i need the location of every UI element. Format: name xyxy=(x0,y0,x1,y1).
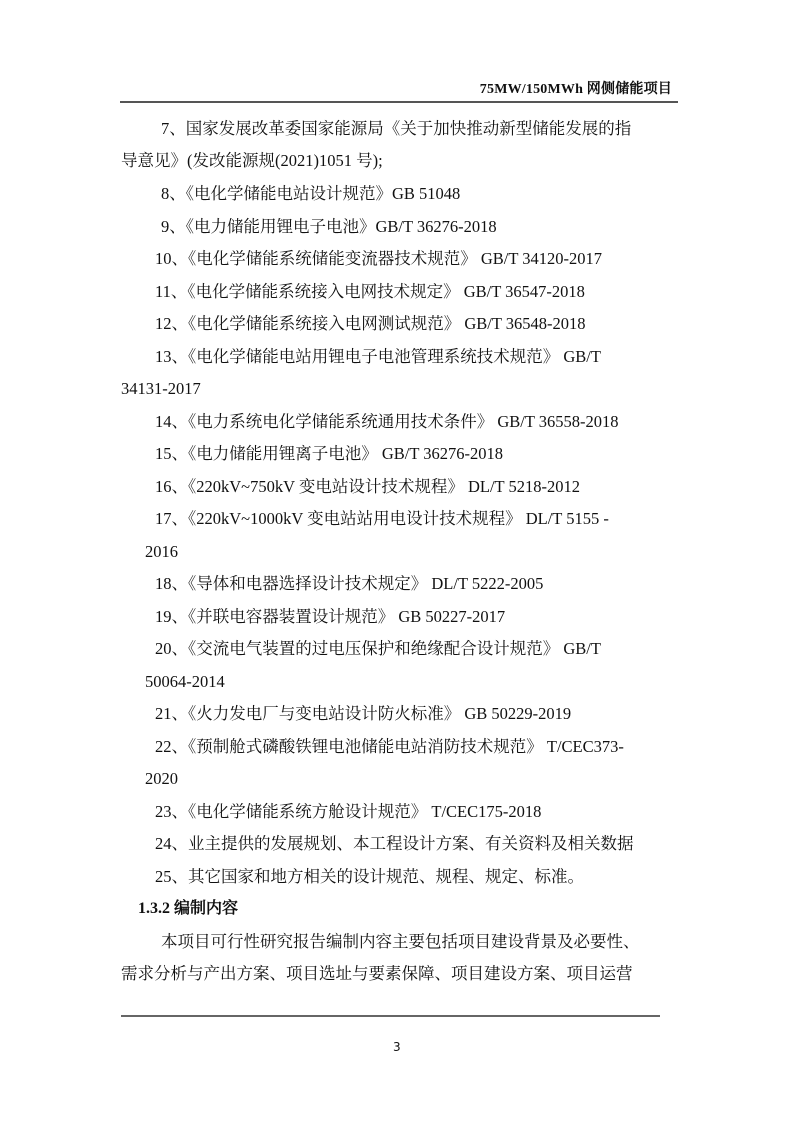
footer-divider xyxy=(121,1015,660,1017)
paragraph-line-1: 本项目可行性研究报告编制内容主要包括项目建设背景及必要性、 xyxy=(161,926,640,958)
reference-line: 11、《电化学储能系统接入电网技术规定》 GB/T 36547-2018 xyxy=(155,276,585,308)
reference-line: 2016 xyxy=(145,536,178,568)
reference-line: 50064-2014 xyxy=(145,666,225,698)
page-number: 3 xyxy=(393,1040,401,1054)
reference-line: 13、《电化学储能电站用锂电子电池管理系统技术规范》 GB/T xyxy=(155,341,601,373)
running-header-title: 75MW/150MWh 网侧储能项目 xyxy=(480,78,672,98)
reference-line: 18、《导体和电器选择设计技术规定》 DL/T 5222-2005 xyxy=(155,568,543,600)
reference-line: 20、《交流电气装置的过电压保护和绝缘配合设计规范》 GB/T xyxy=(155,633,601,665)
reference-line: 12、《电化学储能系统接入电网测试规范》 GB/T 36548-2018 xyxy=(155,308,586,340)
reference-line: 9、《电力储能用锂电子电池》GB/T 36276-2018 xyxy=(161,211,497,243)
paragraph-line-2: 需求分析与产出方案、项目选址与要素保障、项目建设方案、项目运营 xyxy=(121,958,633,990)
reference-line: 16、《220kV~750kV 变电站设计技术规程》 DL/T 5218-201… xyxy=(155,471,580,503)
section-heading: 1.3.2 编制内容 xyxy=(138,893,238,925)
reference-line: 25、其它国家和地方相关的设计规范、规程、规定、标准。 xyxy=(155,861,584,893)
reference-line: 34131-2017 xyxy=(121,373,201,405)
reference-line: 23、《电化学储能系统方舱设计规范》 T/CEC175-2018 xyxy=(155,796,541,828)
header-divider xyxy=(120,101,678,103)
reference-line: 21、《火力发电厂与变电站设计防火标准》 GB 50229-2019 xyxy=(155,698,571,730)
reference-line: 24、业主提供的发展规划、本工程设计方案、有关资料及相关数据 xyxy=(155,828,634,860)
reference-line: 7、国家发展改革委国家能源局《关于加快推动新型储能发展的指 xyxy=(161,113,631,145)
reference-line: 17、《220kV~1000kV 变电站站用电设计技术规程》 DL/T 5155… xyxy=(155,503,609,535)
reference-line: 15、《电力储能用锂离子电池》 GB/T 36276-2018 xyxy=(155,438,503,470)
reference-line: 2020 xyxy=(145,763,178,795)
reference-line: 19、《并联电容器装置设计规范》 GB 50227-2017 xyxy=(155,601,505,633)
reference-line: 10、《电化学储能系统储能变流器技术规范》 GB/T 34120-2017 xyxy=(155,243,602,275)
reference-line: 8、《电化学储能电站设计规范》GB 51048 xyxy=(161,178,460,210)
reference-line: 22、《预制舱式磷酸铁锂电池储能电站消防技术规范》 T/CEC373- xyxy=(155,731,624,763)
reference-line: 导意见》(发改能源规(2021)1051 号); xyxy=(121,145,383,177)
reference-line: 14、《电力系统电化学储能系统通用技术条件》 GB/T 36558-2018 xyxy=(155,406,619,438)
